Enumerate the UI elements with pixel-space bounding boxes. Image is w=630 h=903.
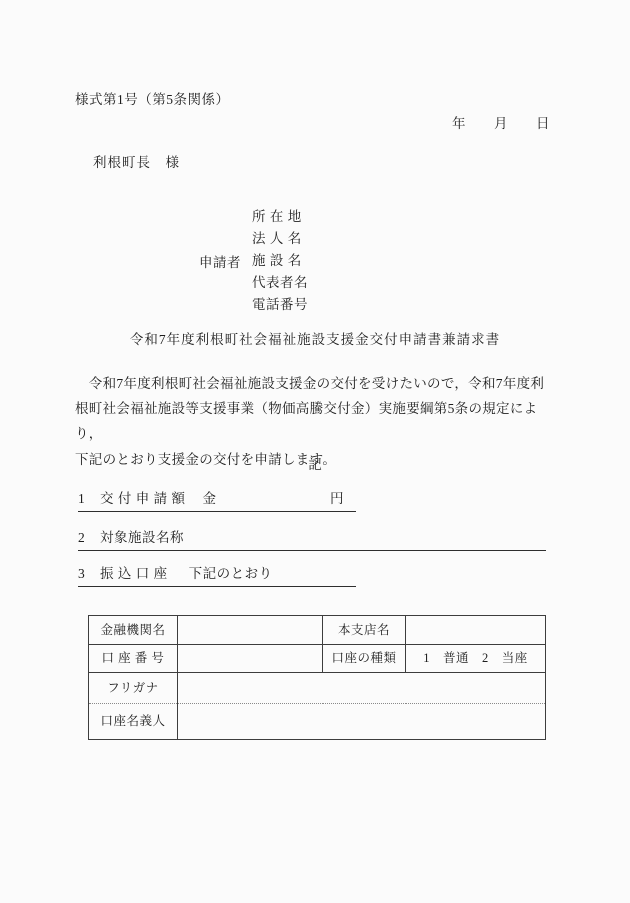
document-title: 令和7年度利根町社会福祉施設支援金交付申請書兼請求書	[0, 332, 630, 348]
table-row: 口 座 番 号 口座の種類 1 普通 2 当座	[89, 645, 546, 673]
account-holder-value-cell	[178, 704, 546, 740]
item-3-label: 振 込 口 座	[100, 566, 168, 582]
financial-institution-label: 金融機関名	[89, 616, 178, 645]
body-line-1: 令和7年度利根町社会福祉施設支援金の交付を受けたいので，令和7年度利	[75, 371, 561, 396]
table-row: 金融機関名 本支店名	[89, 616, 546, 645]
financial-institution-value-cell	[178, 616, 323, 645]
body-line-2: 根町社会福祉施設等支援事業（物価高騰交付金）実施要綱第5条の規定により，	[75, 396, 561, 446]
branch-label: 本支店名	[323, 616, 406, 645]
bank-account-table: 金融機関名 本支店名 口 座 番 号 口座の種類 1 普通 2 当座 フリガナ …	[88, 615, 546, 740]
record-marker: 記	[0, 457, 630, 473]
item-2-label: 対象施設名称	[100, 530, 184, 546]
furigana-label: フリガナ	[89, 673, 178, 704]
applicant-corporation-label: 法 人 名	[252, 231, 308, 253]
item-application-amount: 1 交 付 申 請 額 金 円	[78, 491, 356, 512]
item-target-facility-name: 2 対象施設名称	[78, 530, 546, 551]
applicant-phone-label: 電話番号	[252, 297, 308, 319]
table-row: 口座名義人	[89, 704, 546, 740]
applicant-block: 申請者 所 在 地 法 人 名 施 設 名 代表者名 電話番号	[199, 209, 308, 319]
item-3-number: 3	[78, 566, 100, 582]
date-line: 年 月 日	[452, 116, 550, 132]
applicant-fields: 所 在 地 法 人 名 施 設 名 代表者名 電話番号	[252, 209, 308, 319]
furigana-value-cell	[178, 673, 546, 704]
item-1-number: 1	[78, 491, 100, 507]
item-1-currency-suffix: 円	[330, 491, 344, 507]
item-transfer-account: 3 振 込 口 座 下記のとおり	[78, 566, 356, 587]
branch-value-cell	[406, 616, 546, 645]
item-1-currency-prefix: 金	[203, 491, 217, 507]
account-type-label: 口座の種類	[323, 645, 406, 673]
application-form-page: 様式第1号（第5条関係） 年 月 日 利根町長 様 申請者 所 在 地 法 人 …	[0, 0, 630, 903]
item-1-label: 交 付 申 請 額	[100, 491, 186, 507]
applicant-address-label: 所 在 地	[252, 209, 308, 231]
account-holder-label: 口座名義人	[89, 704, 178, 740]
item-3-value: 下記のとおり	[189, 566, 273, 582]
account-number-value-cell	[178, 645, 323, 673]
applicant-label: 申請者	[199, 255, 241, 271]
applicant-representative-label: 代表者名	[252, 275, 308, 297]
item-2-number: 2	[78, 530, 100, 546]
addressee: 利根町長 様	[93, 155, 180, 171]
account-type-options: 1 普通 2 当座	[406, 645, 546, 673]
table-row: フリガナ	[89, 673, 546, 704]
form-number: 様式第1号（第5条関係）	[75, 92, 230, 108]
applicant-facility-label: 施 設 名	[252, 253, 308, 275]
account-number-label: 口 座 番 号	[89, 645, 178, 673]
